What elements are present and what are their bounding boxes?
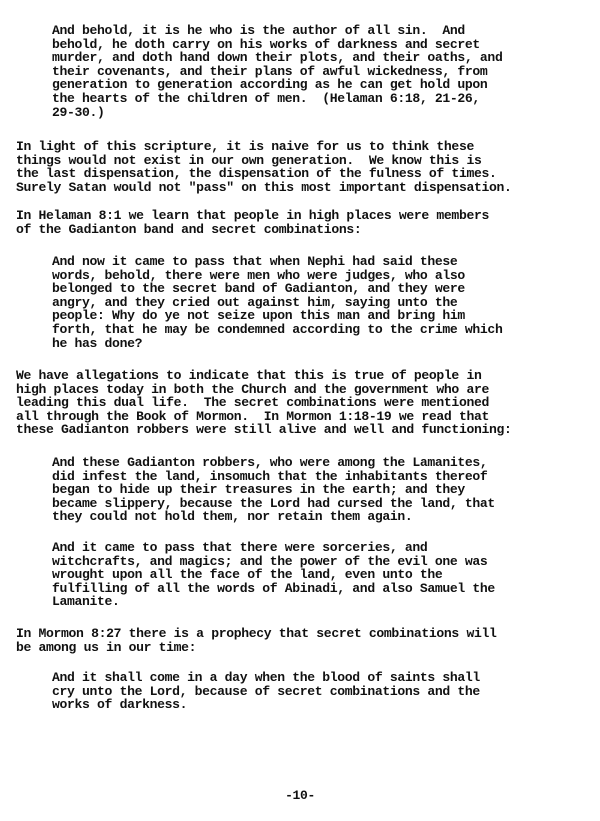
quote-mormon-8-27: And it shall come in a day when the bloo… xyxy=(52,671,480,712)
quote-mormon-1-19: And it came to pass that there were sorc… xyxy=(52,541,495,609)
paragraph-light-of-scripture: In light of this scripture, it is naive … xyxy=(16,140,512,194)
paragraph-mormon-8: In Mormon 8:27 there is a prophecy that … xyxy=(16,627,496,654)
quote-helaman-8-1: And now it came to pass that when Nephi … xyxy=(52,255,502,350)
paragraph-helaman-8: In Helaman 8:1 we learn that people in h… xyxy=(16,209,489,236)
quote-mormon-1-18: And these Gadianton robbers, who were am… xyxy=(52,456,495,524)
page-number: -10- xyxy=(0,789,600,803)
paragraph-allegations: We have allegations to indicate that thi… xyxy=(16,369,512,437)
quote-helaman-6: And behold, it is he who is the author o… xyxy=(52,24,502,119)
document-page: And behold, it is he who is the author o… xyxy=(0,0,600,821)
